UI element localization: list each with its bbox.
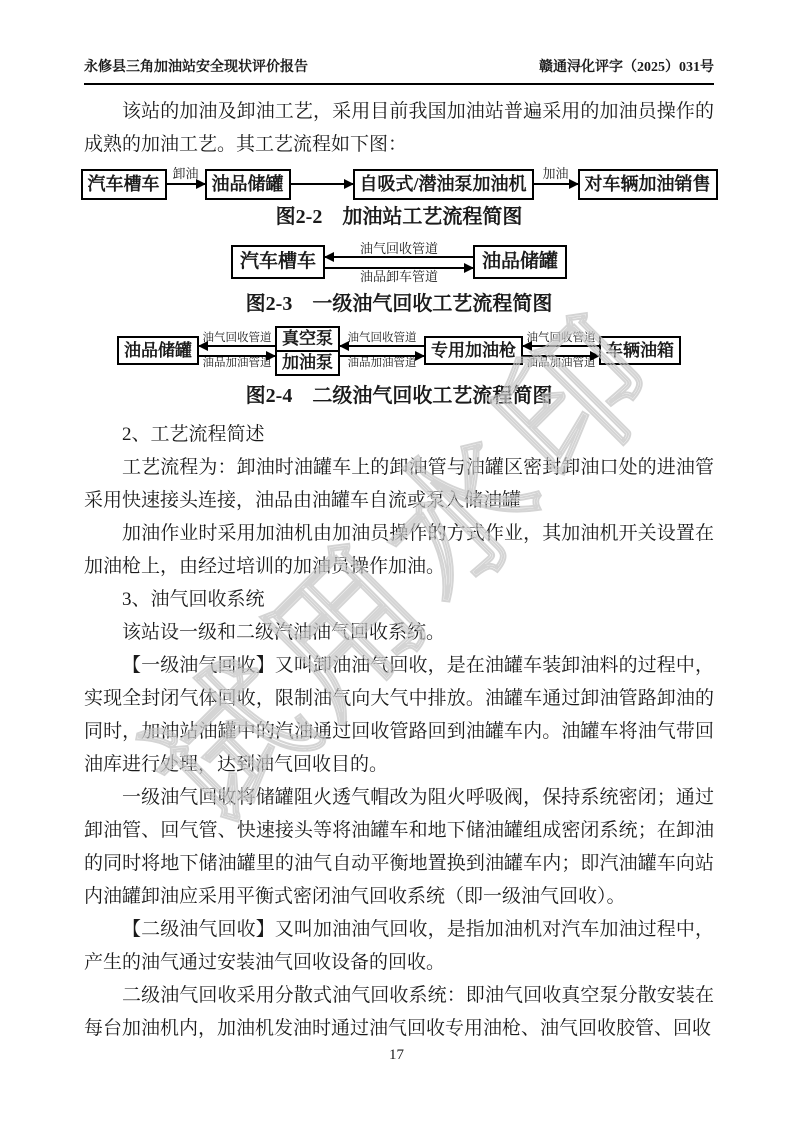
node-storage-tank: 油品储罐 — [205, 169, 291, 200]
arrow-label-refuel: 加油 — [543, 163, 569, 182]
paragraph-stage2-definition: 【二级油气回收】又叫加油油气回收，是指加油机对汽车加油过程中，产生的油气通过安装… — [84, 913, 714, 979]
node-vehicle-sales: 对车辆加油销售 — [578, 169, 718, 200]
pipe-label-oil-fueling: 油品加油管道 — [203, 357, 272, 370]
page-content: 永修县三角加油站安全现状评价报告 赣通浔化评字（2025）031号 该站的加油及… — [84, 56, 714, 1045]
connector-duo: 油气回收管道 油品卸车管道 — [325, 241, 473, 284]
arrow-right-icon — [534, 183, 578, 185]
paragraph-intro: 该站的加油及卸油工艺，采用目前我国加油站普遍采用的加油员操作的成熟的加油工艺。其… — [84, 95, 714, 161]
figure-2-3-diagram: 汽车槽车 油气回收管道 油品卸车管道 油品储罐 — [84, 241, 714, 284]
section-heading-process: 2、工艺流程简述 — [84, 418, 714, 451]
node-dispenser: 自吸式/潜油泵加油机 — [353, 169, 534, 200]
connector-duo-2: 油气回收管道 油品加油管道 — [340, 332, 424, 370]
figure-2-4-diagram: 油品储罐 油气回收管道 油品加油管道 真空泵 加油泵 油气回收管道 — [84, 326, 714, 376]
pipe-label-oil-fueling: 油品加油管道 — [527, 357, 596, 370]
arrow-left-icon — [325, 256, 473, 258]
pipe-label-oil-unloading: 油品卸车管道 — [360, 269, 438, 284]
arrow-left-icon — [523, 345, 599, 347]
figure-2-2-caption: 图2-2 加油站工艺流程简图 — [84, 203, 714, 231]
paragraph-process-flow: 工艺流程为：卸油时油罐车上的卸油管与油罐区密封卸油口处的进油管采用快速接头连接，… — [84, 451, 714, 517]
pipe-label-vapor-recovery: 油气回收管道 — [348, 332, 417, 345]
node-tanker-truck: 汽车槽车 — [231, 245, 325, 279]
pipe-label-vapor-recovery: 油气回收管道 — [203, 332, 272, 345]
node-special-nozzle: 专用加油枪 — [424, 336, 523, 365]
node-fuel-pump: 加油泵 — [277, 350, 338, 374]
node-pump-box: 真空泵 加油泵 — [275, 326, 340, 376]
arrow-right-icon — [523, 355, 599, 357]
connector-duo-1: 油气回收管道 油品加油管道 — [199, 332, 275, 370]
figure-2-2-diagram: 汽车槽车 卸油 油品储罐 自吸式/潜油泵加油机 加油 对车辆加油销售 — [84, 169, 714, 200]
connector-unload: 卸油 — [167, 183, 205, 185]
arrow-left-icon — [199, 345, 275, 347]
arrow-right-icon — [340, 355, 424, 357]
arrow-right-icon — [291, 183, 353, 185]
figure-2-4-caption: 图2-4 二级油气回收工艺流程简图 — [84, 382, 714, 410]
arrow-right-icon — [325, 267, 473, 269]
section-heading-vapor-recovery: 3、油气回收系统 — [84, 583, 714, 616]
page-header: 永修县三角加油站安全现状评价报告 赣通浔化评字（2025）031号 — [84, 56, 714, 85]
node-vacuum-pump: 真空泵 — [277, 328, 338, 350]
pipe-label-oil-fueling: 油品加油管道 — [348, 357, 417, 370]
node-storage-tank: 油品储罐 — [473, 245, 567, 279]
arrow-right-icon — [167, 183, 205, 185]
node-tanker-truck: 汽车槽车 — [81, 169, 167, 200]
pipe-label-vapor-recovery: 油气回收管道 — [360, 241, 438, 256]
paragraph-fueling-operation: 加油作业时采用加油机由加油员操作的方式作业，其加油机开关设置在加油枪上，由经过培… — [84, 517, 714, 583]
paragraph-stage1-detail: 一级油气回收将储罐阻火透气帽改为阻火呼吸阀，保持系统密闭；通过卸油管、回气管、快… — [84, 781, 714, 913]
document-page: 永修县三角加油站安全现状评价报告 赣通浔化评字（2025）031号 该站的加油及… — [0, 0, 793, 1122]
arrow-right-icon — [199, 355, 275, 357]
paragraph-stage1-definition: 【一级油气回收】又叫卸油油气回收，是在油罐车装卸油料的过程中，实现全封闭气体回收… — [84, 649, 714, 781]
pipe-label-vapor-recovery: 油气回收管道 — [527, 332, 596, 345]
page-number: 17 — [0, 1047, 793, 1064]
body-text: 该站的加油及卸油工艺，采用目前我国加油站普遍采用的加油员操作的成熟的加油工艺。其… — [84, 95, 714, 1045]
arrow-left-icon — [340, 345, 424, 347]
connector-refuel: 加油 — [534, 183, 578, 185]
header-document-number: 赣通浔化评字（2025）031号 — [539, 56, 714, 76]
node-storage-tank: 油品储罐 — [117, 336, 199, 365]
connector-plain — [291, 183, 353, 185]
paragraph-stage2-detail: 二级油气回收采用分散式油气回收系统：即油气回收真空泵分散安装在每台加油机内，加油… — [84, 979, 714, 1045]
paragraph-system-overview: 该站设一级和二级汽油油气回收系统。 — [84, 616, 714, 649]
node-vehicle-fuel-tank: 车辆油箱 — [599, 336, 681, 365]
connector-duo-3: 油气回收管道 油品加油管道 — [523, 332, 599, 370]
header-report-title: 永修县三角加油站安全现状评价报告 — [84, 56, 308, 76]
figure-2-3-caption: 图2-3 一级油气回收工艺流程简图 — [84, 290, 714, 318]
